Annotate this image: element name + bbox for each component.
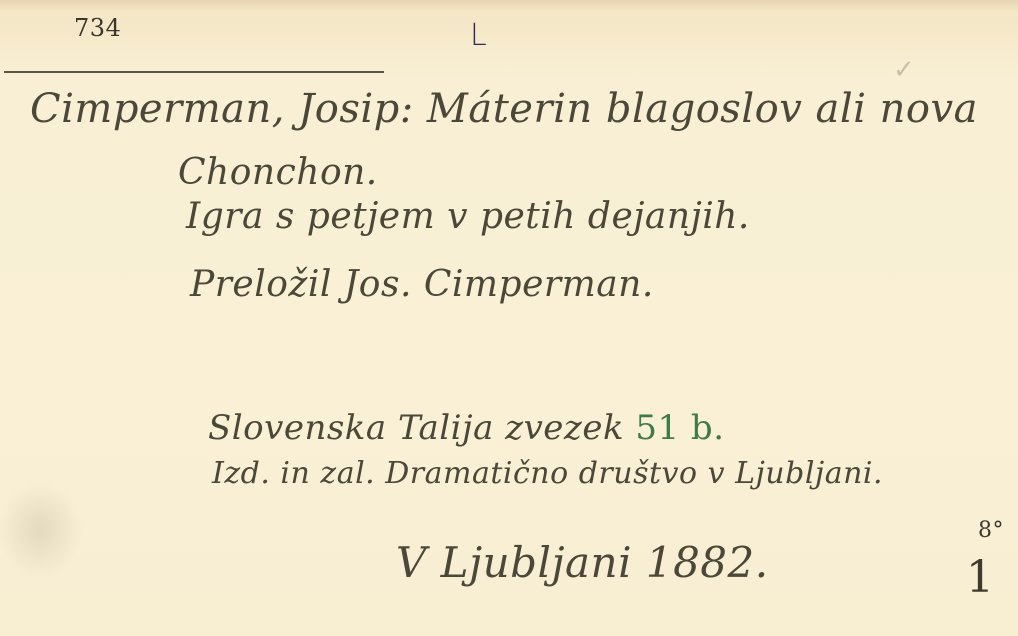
header-divider bbox=[4, 71, 384, 73]
shelf-marker: L bbox=[470, 18, 487, 53]
check-mark-icon: ✓ bbox=[893, 55, 915, 85]
title-continued-line: Chonchon. bbox=[178, 152, 378, 193]
call-number: 734 bbox=[74, 14, 121, 42]
catalog-card: 734 L ✓ Cimperman, Josip: Máterin blagos… bbox=[0, 0, 1018, 636]
author-title-line: Cimperman, Josip: Máterin blagoslov ali … bbox=[30, 86, 978, 132]
card-edge-shading bbox=[0, 0, 1018, 10]
volume-count: 1 bbox=[966, 552, 995, 603]
series-name: Slovenska Talija zvezek bbox=[208, 408, 624, 448]
publisher-line: Izd. in zal. Dramatično društvo v Ljublj… bbox=[212, 456, 883, 491]
imprint-line: V Ljubljani 1882. bbox=[396, 538, 769, 587]
series-line: Slovenska Talija zvezek 51 b. bbox=[208, 408, 725, 448]
translator-line: Preložil Jos. Cimperman. bbox=[190, 264, 654, 305]
subtitle-line: Igra s petjem v petih dejanjih. bbox=[186, 196, 750, 237]
format-size: 8° bbox=[978, 518, 1004, 543]
series-number: 51 b. bbox=[635, 408, 724, 448]
